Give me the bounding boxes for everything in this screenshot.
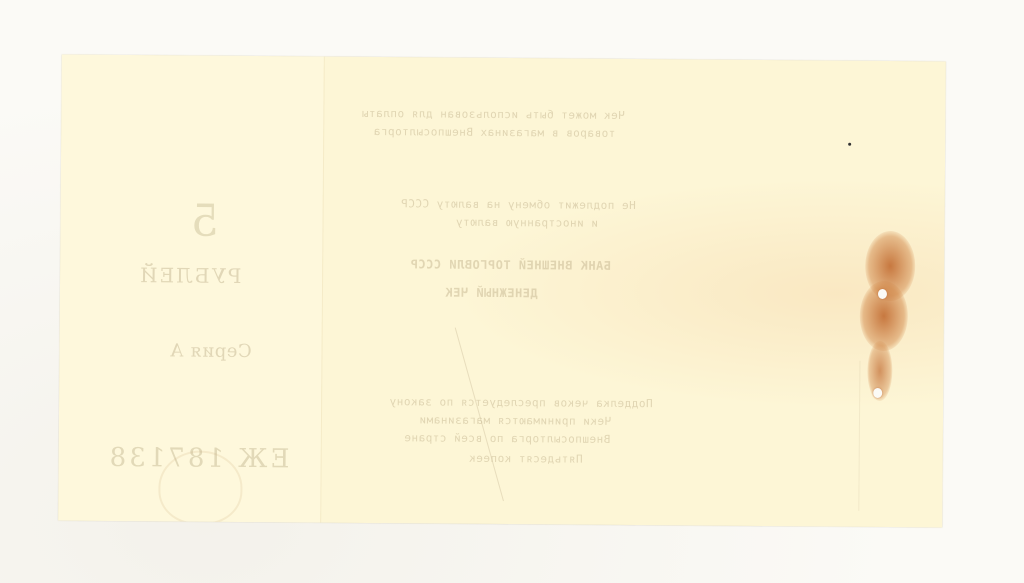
bank-name: БАНК ВНЕШНЕЙ ТОРГОВЛИ СССР: [410, 257, 611, 273]
top-text-line-2: товаров в магазинах Внешпосылторга: [373, 125, 615, 140]
stub-divider: [320, 57, 325, 523]
bottom-text-line-4: Пятьдесят копеек: [469, 452, 583, 466]
rust-stain: [859, 231, 920, 411]
denomination-unit: РУБЛЕЙ: [138, 263, 242, 288]
ink-speck: [848, 143, 851, 146]
check-title: ДЕНЕЖНЫЙ ЧЕК: [445, 286, 538, 301]
denomination-value: 5: [190, 196, 219, 247]
banknote: 5 РУБЛЕЙ Серия А ЕЖ 187138 Чек может быт…: [58, 55, 946, 528]
bottom-text-line-3: Внешпосылторга по всей стране: [404, 431, 611, 446]
middle-text-line-1: Не подлежит обмену на валюту СССР: [401, 197, 636, 212]
serial-number: ЕЖ 187138: [107, 443, 290, 474]
bottom-text-line-2: Чеки принимаются магазинами: [419, 413, 611, 428]
series-label: Серия А: [169, 340, 251, 362]
bottom-text-line-1: Подделка чеков преследуется по закону: [389, 395, 653, 410]
top-text-line-1: Чек может быть использован для оплаты: [361, 107, 625, 122]
pin-hole: [878, 289, 887, 299]
middle-text-line-2: и иностранную валюту: [455, 216, 598, 230]
pin-hole: [873, 388, 882, 398]
